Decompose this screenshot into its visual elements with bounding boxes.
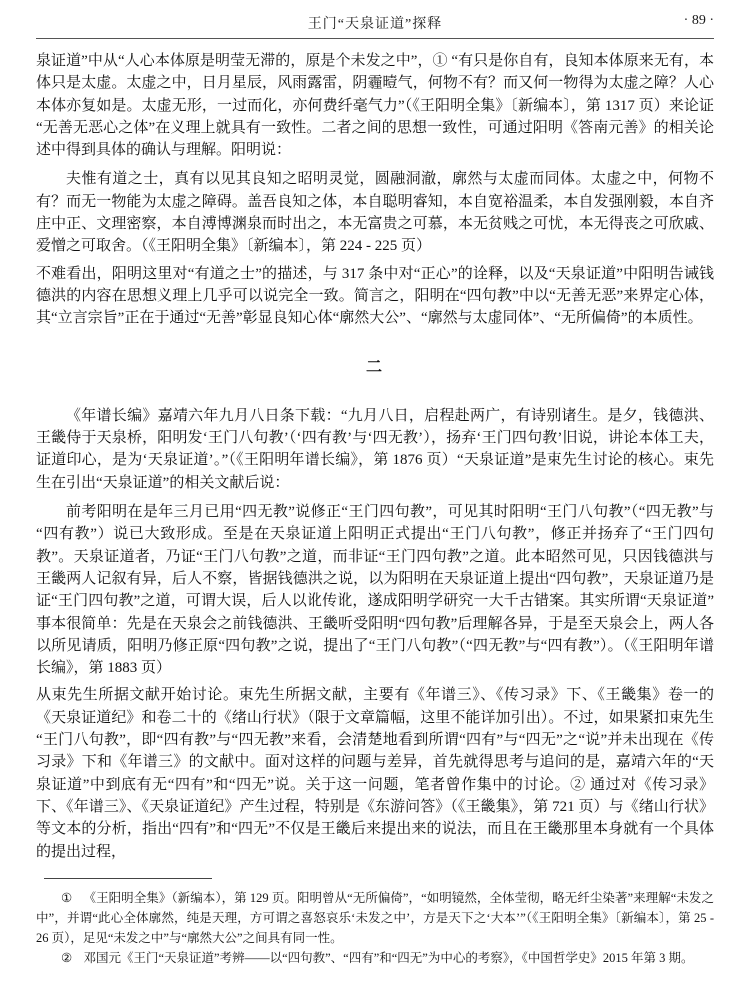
- paragraph-discussion: 从束先生所据文献开始讨论。束先生所据文献，主要有《年谱三》、《传习录》下、《王畿…: [36, 684, 714, 862]
- footnote-1: ①《王阳明全集》（新编本），第 129 页。阳明曾从“无所偏倚”，“如明镜然，全…: [36, 888, 714, 948]
- footnotes-section: ①《王阳明全集》（新编本），第 129 页。阳明曾从“无所偏倚”，“如明镜然，全…: [36, 878, 714, 968]
- running-title: 王门“天泉证道”探释: [36, 13, 714, 33]
- paragraph-analysis: 不难看出，阳明这里对“有道之士”的描述，与 317 条中对“正心”的诠释，以及“…: [36, 263, 714, 330]
- footnote-2-marker: ②: [61, 951, 72, 965]
- block-quote-shu: 前考阳明在是年三月已用“四无教”说修正“王门四句教”，可见其时阳明“王门八句教”…: [36, 501, 714, 679]
- footnote-1-marker: ①: [61, 891, 72, 905]
- paragraph-nianpu: 《年谱长编》嘉靖六年九月八日条下载：“九月八日，启程赴两广，有诗别诸生。是夕，钱…: [36, 405, 714, 494]
- block-quote-yangming: 夫惟有道之士，真有以见其良知之昭明灵觉，圆融洞澈，廓然与太虚而同体。太虚之中，何…: [36, 168, 714, 257]
- journal-page: 王门“天泉证道”探释 · 89 · 泉证道”中从“人心本体原是明莹无滞的，原是个…: [0, 0, 750, 999]
- footnote-2: ②邓国元《王门“天泉证道”考辨——以“四句教”、“四有”和“四无”为中心的考察》…: [36, 948, 714, 968]
- article-body: 泉证道”中从“人心本体原是明莹无滞的，原是个未发之中”，① “有只是你自有，良知…: [36, 50, 714, 863]
- paragraph-continuation: 泉证道”中从“人心本体原是明莹无滞的，原是个未发之中”，① “有只是你自有，良知…: [36, 50, 714, 161]
- footnote-2-text: 邓国元《王门“天泉证道”考辨——以“四句教”、“四有”和“四无”为中心的考察》，…: [83, 951, 693, 965]
- section-heading: 二: [36, 357, 714, 379]
- page-header: 王门“天泉证道”探释 · 89 ·: [36, 0, 714, 33]
- footnotes: ①《王阳明全集》（新编本），第 129 页。阳明曾从“无所偏倚”，“如明镜然，全…: [36, 888, 714, 968]
- footnote-1-text: 《王阳明全集》（新编本），第 129 页。阳明曾从“无所偏倚”，“如明镜然，全体…: [36, 891, 714, 945]
- footnote-rule: [44, 878, 212, 879]
- header-rule: [36, 38, 714, 39]
- page-number: · 89 ·: [684, 13, 714, 29]
